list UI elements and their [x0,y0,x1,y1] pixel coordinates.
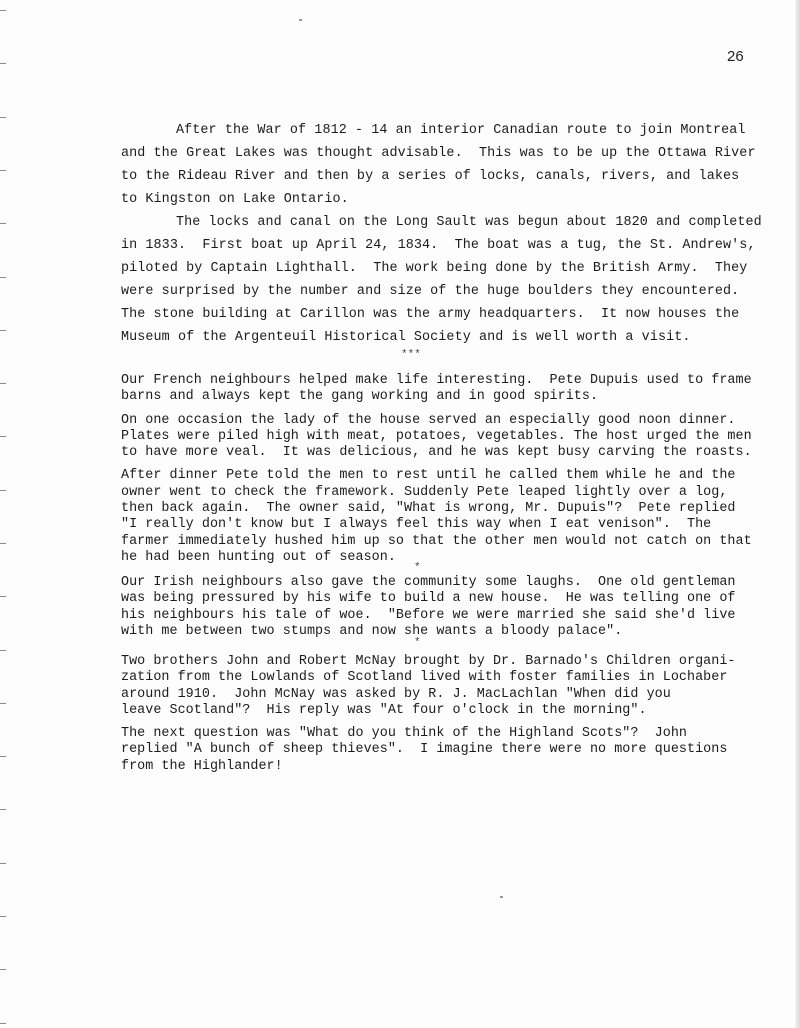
text-line: Our French neighbours helped make life i… [121,373,761,389]
text-line: "I really don't know but I always feel t… [121,517,761,533]
margin-tick [0,330,6,331]
text-line: After the War of 1812 - 14 an interior C… [121,119,761,142]
text-line: On one occasion the lady of the house se… [121,413,761,429]
margin-tick [0,383,6,384]
page-number: 26 [727,48,744,65]
paragraph: Our Irish neighbours also gave the commu… [121,575,761,640]
section-mcnay-brothers: Two brothers John and Robert McNay broug… [121,654,761,782]
text-line: from the Highlander! [121,759,761,775]
margin-tick [0,277,6,278]
text-line: around 1910. John McNay was asked by R. … [121,687,761,703]
text-line: was being pressured by his wife to build… [121,591,761,607]
margin-tick [0,543,6,544]
document-page: 26 After the War of 1812 - 14 an interio… [0,0,800,1028]
text-line: Two brothers John and Robert McNay broug… [121,654,761,670]
margin-tick [0,969,6,970]
text-line: to Kingston on Lake Ontario. [121,188,761,211]
text-line: his neighbours his tale of woe. "Before … [121,608,761,624]
text-line: in 1833. First boat up April 24, 1834. T… [121,234,761,257]
margin-tick [0,863,6,864]
section-separator: * [414,637,421,649]
text-line: farmer immediately hushed him up so that… [121,534,761,550]
text-line: Our Irish neighbours also gave the commu… [121,575,761,591]
text-line: replied "A bunch of sheep thieves". I im… [121,742,761,758]
section-french-neighbours: Our French neighbours helped make life i… [121,373,761,573]
text-line: owner went to check the framework. Sudde… [121,485,761,501]
margin-tick [0,596,6,597]
paragraph: On one occasion the lady of the house se… [121,413,761,462]
text-line: he had been hunting out of season. [121,550,761,566]
text-line: to the Rideau River and then by a series… [121,165,761,188]
margin-tick [0,63,6,64]
text-line: After dinner Pete told the men to rest u… [121,468,761,484]
paragraph: Our French neighbours helped make life i… [121,373,761,406]
margin-tick [0,10,6,11]
text-line: The next question was "What do you think… [121,726,761,742]
section-separator: * [414,562,421,574]
margin-tick [0,436,6,437]
scan-speck [299,19,302,21]
paragraph: Two brothers John and Robert McNay broug… [121,654,761,719]
text-line: The locks and canal on the Long Sault wa… [121,211,761,234]
margin-tick [0,650,6,651]
text-line: zation from the Lowlands of Scotland liv… [121,670,761,686]
margin-tick [0,1023,6,1024]
paragraph: The next question was "What do you think… [121,726,761,775]
text-line: were surprised by the number and size of… [121,280,761,303]
section-separator: *** [401,349,421,361]
margin-tick [0,490,6,491]
text-line: barns and always kept the gang working a… [121,389,761,405]
margin-tick [0,809,6,810]
text-line: and the Great Lakes was thought advisabl… [121,142,761,165]
text-line: to have more veal. It was delicious, and… [121,445,761,461]
margin-tick [0,756,6,757]
margin-tick [0,117,6,118]
text-line: then back again. The owner said, "What i… [121,501,761,517]
text-line: leave Scotland"? His reply was "At four … [121,703,761,719]
text-line: with me between two stumps and now she w… [121,624,761,640]
margin-tick [0,916,6,917]
scan-speck [500,896,503,898]
section-irish-neighbours: Our Irish neighbours also gave the commu… [121,575,761,647]
text-line: Plates were piled high with meat, potato… [121,429,761,445]
text-line: The stone building at Carillon was the a… [121,303,761,326]
text-line: piloted by Captain Lighthall. The work b… [121,257,761,280]
scan-edge-shadow [795,0,800,1028]
margin-tick [0,170,6,171]
margin-tick [0,703,6,704]
text-line: Museum of the Argenteuil Historical Soci… [121,326,761,349]
paragraph: After dinner Pete told the men to rest u… [121,468,761,566]
margin-tick [0,223,6,224]
section-canal-history: After the War of 1812 - 14 an interior C… [121,119,761,349]
